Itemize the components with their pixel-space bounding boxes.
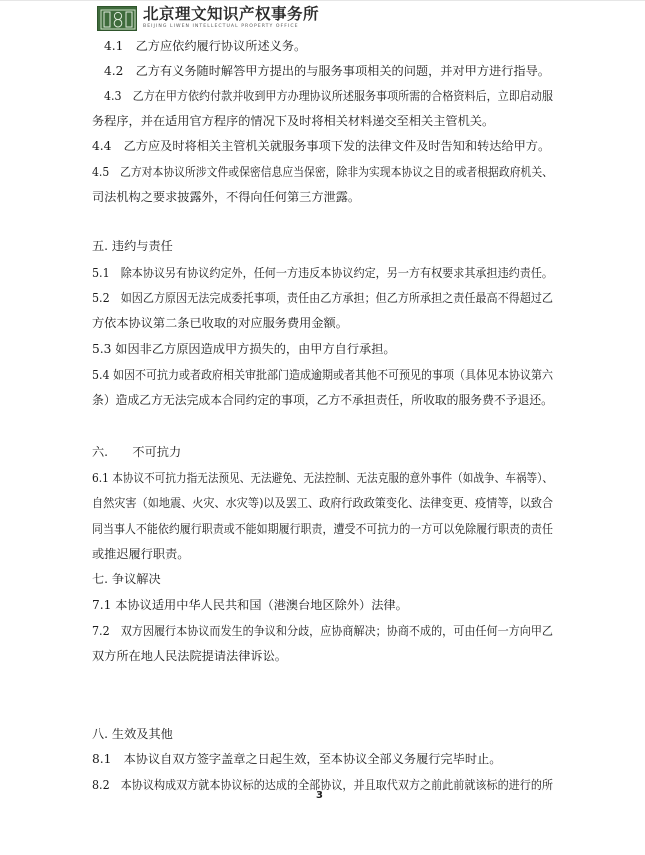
firm-name-chinese: 北京理文知识产权事务所 bbox=[143, 6, 319, 23]
document-text-line: 5.1 除本协议另有协议约定外，任何一方违反本协议约定，另一方有权要求其承担违约… bbox=[92, 266, 553, 280]
document-text-line: 4.4 乙方应及时将相关主管机关就服务事项下发的法律文件及时告知和转达给甲方。 bbox=[92, 139, 550, 153]
letterhead: 北京理文知识产权事务所 BEIJING LIWEN INTELLECTUAL P… bbox=[97, 4, 319, 32]
document-text-line: 七. 争议解决 bbox=[92, 572, 161, 586]
firm-name-block: 北京理文知识产权事务所 BEIJING LIWEN INTELLECTUAL P… bbox=[143, 6, 319, 30]
firm-logo-icon bbox=[97, 6, 137, 31]
page-top-rule bbox=[0, 0, 645, 1]
document-text-line: 4.3 乙方在甲方依约付款并收到甲方办理协议所述服务事项所需的合格资料后，立即启… bbox=[104, 89, 553, 103]
document-text-line: 4.2 乙方有义务随时解答甲方提出的与服务事项相关的问题，并对甲方进行指导。 bbox=[104, 64, 550, 78]
document-text-line: 六. 不可抗力 bbox=[92, 445, 181, 459]
document-text-line: 自然灾害（如地震、火灾、水灾等)以及罢工、政府行政政策变化、法律变更、疫情等，以… bbox=[92, 496, 553, 510]
document-text-line: 7.1 本协议适用中华人民共和国（港澳台地区除外）法律。 bbox=[92, 598, 408, 612]
document-text-line: 八. 生效及其他 bbox=[92, 727, 173, 741]
document-text-line: 方依本协议第二条已收取的对应服务费用金额。 bbox=[92, 316, 348, 330]
page-number: 3 bbox=[316, 790, 323, 801]
document-text-line: 5.2 如因乙方原因无法完成委托事项，责任由乙方承担；但乙方所承担之责任最高不得… bbox=[92, 291, 553, 305]
document-text-line: 6.1 本协议不可抗力指无法预见、无法避免、无法控制、无法克服的意外事件（如战争… bbox=[92, 471, 553, 485]
document-text-line: 4.5 乙方对本协议所涉文件或保密信息应当保密，除非为实现本协议之目的或者根据政… bbox=[92, 165, 553, 179]
document-text-line: 5.3 如因非乙方原因造成甲方损失的，由甲方自行承担。 bbox=[92, 342, 396, 356]
document-text-line: 4.1 乙方应依约履行协议所述义务。 bbox=[104, 39, 306, 53]
document-text-line: 司法机构之要求披露外，不得向任何第三方泄露。 bbox=[92, 190, 360, 204]
document-text-line: 8.1 本协议自双方签字盖章之日起生效，至本协议全部义务履行完毕时止。 bbox=[92, 752, 501, 766]
document-text-line: 五. 违约与责任 bbox=[92, 239, 173, 253]
document-text-line: 双方所在地人民法院提请法律诉讼。 bbox=[92, 649, 287, 663]
firm-name-english: BEIJING LIWEN INTELLECTUAL PROPERTY OFFI… bbox=[143, 23, 319, 30]
document-text-line: 务程序，并在适用官方程序的情况下及时将相关材料递交至相关主管机关。 bbox=[92, 114, 494, 128]
document-text-line: 或推迟履行职责。 bbox=[92, 547, 190, 561]
document-text-line: 5.4 如因不可抗力或者政府相关审批部门造成逾期或者其他不可预见的事项（具体见本… bbox=[92, 368, 553, 382]
document-text-line: 7.2 双方因履行本协议而发生的争议和分歧，应协商解决；协商不成的，可由任何一方… bbox=[92, 624, 553, 638]
document-text-line: 条）造成乙方无法完成本合同约定的事项，乙方不承担责任，所收取的服务费不予退还。 bbox=[92, 393, 553, 407]
document-text-line: 同当事人不能依约履行职责或不能如期履行职责，遭受不可抗力的一方可以免除履行职责的… bbox=[92, 522, 553, 536]
